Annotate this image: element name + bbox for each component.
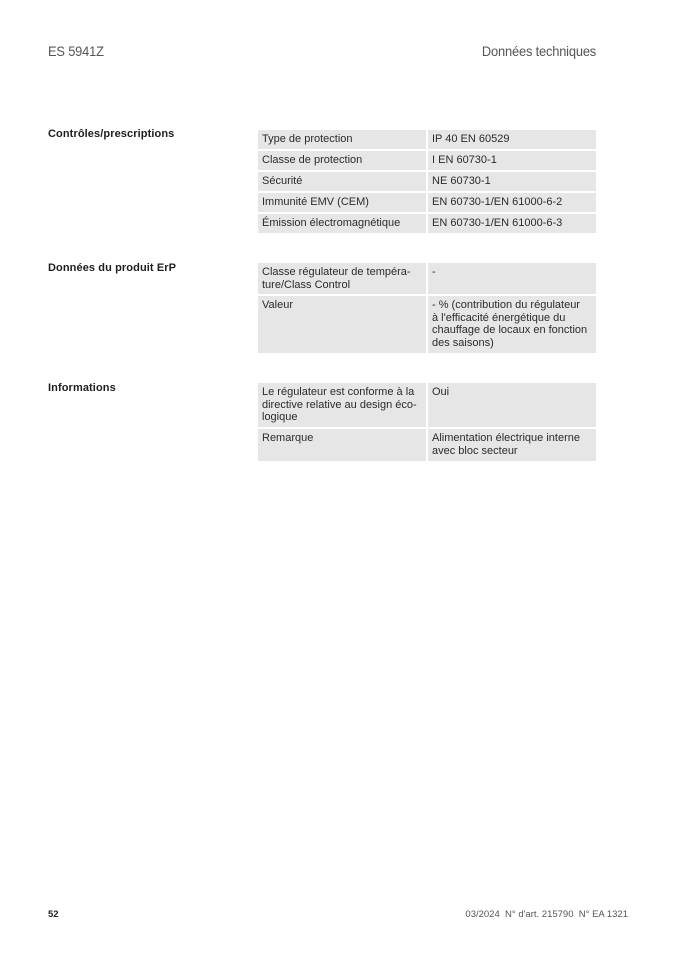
row-value: - <box>428 263 596 294</box>
table-row: Valeur - % (contribution du régulateur à… <box>258 296 596 353</box>
section-label-erp: Données du produit ErP <box>48 262 176 274</box>
product-name: ES 5941Z <box>48 43 104 59</box>
table-row: Remarque Alimentation électrique interne… <box>258 429 596 461</box>
row-key: Le régulateur est conforme à la directiv… <box>258 383 426 427</box>
row-value: - % (contribution du régulateur à l'effi… <box>428 296 596 353</box>
row-key: Immunité EMV (CEM) <box>258 193 426 212</box>
table-row: Le régulateur est conforme à la directiv… <box>258 383 596 427</box>
section-label-controles: Contrôles/prescriptions <box>48 128 174 140</box>
table-row: Immunité EMV (CEM) EN 60730-1/EN 61000-6… <box>258 193 596 212</box>
row-key: Émission électromagnétique <box>258 214 426 233</box>
page-number: 52 <box>48 909 59 920</box>
row-key: Valeur <box>258 296 426 353</box>
table-controles: Type de protection IP 40 EN 60529 Classe… <box>258 130 596 235</box>
table-row: Émission électromagnétique EN 60730-1/EN… <box>258 214 596 233</box>
row-value: I EN 60730-1 <box>428 151 596 170</box>
table-row: Classe régulateur de tempéra- ture/Class… <box>258 263 596 294</box>
table-row: Type de protection IP 40 EN 60529 <box>258 130 596 149</box>
row-value: NE 60730-1 <box>428 172 596 191</box>
row-value: Oui <box>428 383 596 427</box>
row-key: Classe de protection <box>258 151 426 170</box>
row-value: EN 60730-1/EN 61000-6-2 <box>428 193 596 212</box>
row-key: Classe régulateur de tempéra- ture/Class… <box>258 263 426 294</box>
row-value: Alimentation électrique interne avec blo… <box>428 429 596 461</box>
section-title: Données techniques <box>482 43 596 59</box>
row-key: Remarque <box>258 429 426 461</box>
document-info: 03/2024 N° d'art. 215790 N° EA 1321 <box>465 909 628 920</box>
table-row: Classe de protection I EN 60730-1 <box>258 151 596 170</box>
table-informations: Le régulateur est conforme à la directiv… <box>258 383 596 463</box>
row-value: EN 60730-1/EN 61000-6-3 <box>428 214 596 233</box>
section-label-informations: Informations <box>48 382 116 394</box>
table-erp: Classe régulateur de tempéra- ture/Class… <box>258 263 596 355</box>
table-row: Sécurité NE 60730-1 <box>258 172 596 191</box>
row-key: Sécurité <box>258 172 426 191</box>
row-key: Type de protection <box>258 130 426 149</box>
row-value: IP 40 EN 60529 <box>428 130 596 149</box>
